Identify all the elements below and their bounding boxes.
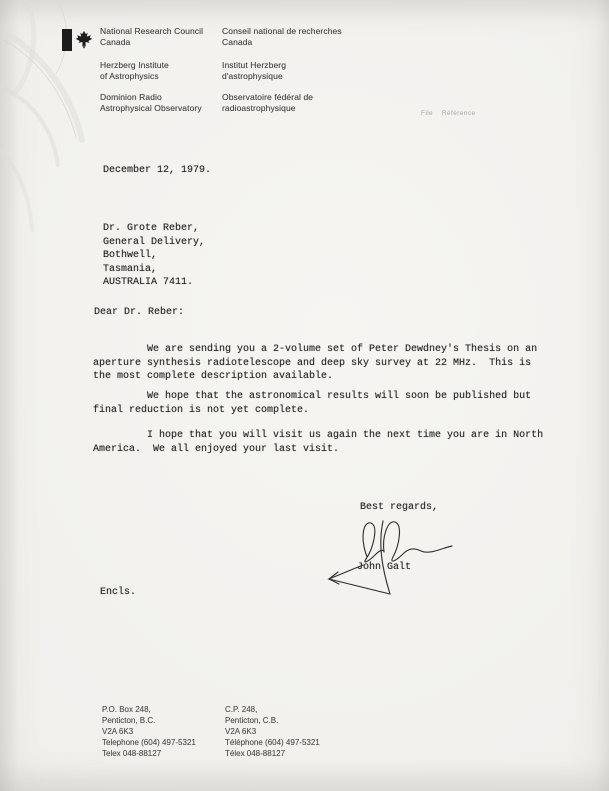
maple-leaf-icon: [75, 30, 93, 49]
file-reference-label: File Référence: [421, 110, 476, 117]
letterhead-fr-observatory: Observatoire fédéral de radioastrophysiq…: [222, 92, 313, 113]
footer-address-en: P.O. Box 248, Penticton, B.C. V2A 6K3 Te…: [102, 704, 196, 759]
body-paragraph-2: We hope that the astronomical results wi…: [93, 390, 531, 417]
scanned-letter-page: National Research Council Canada Herzber…: [0, 0, 609, 791]
letterhead-fr-institute: Institut Herzberg d'astrophysique: [222, 60, 286, 81]
letterhead-en-org: National Research Council Canada: [100, 26, 203, 47]
body-paragraph-1: We are sending you a 2-volume set of Pet…: [93, 343, 537, 384]
salutation: Dear Dr. Reber:: [94, 306, 184, 320]
footer-address-fr: C.P. 248, Penticton, C.B. V2A 6K3 Téléph…: [225, 704, 320, 759]
letterhead-en-observatory: Dominion Radio Astrophysical Observatory: [100, 92, 202, 113]
body-paragraph-3: I hope that you will visit us again the …: [93, 429, 543, 456]
handwritten-signature: [320, 508, 470, 608]
letter-date: December 12, 1979.: [103, 164, 211, 178]
letterhead-fr-org: Conseil national de recherches Canada: [222, 26, 342, 47]
recipient-address: Dr. Grote Reber, General Delivery, Bothw…: [103, 222, 205, 290]
enclosures-note: Encls.: [100, 586, 136, 600]
flag-logo-bar: [62, 29, 72, 51]
letterhead-en-institute: Herzberg Institute of Astrophysics: [100, 60, 169, 81]
signature-typed-name: John Galt: [357, 561, 411, 575]
